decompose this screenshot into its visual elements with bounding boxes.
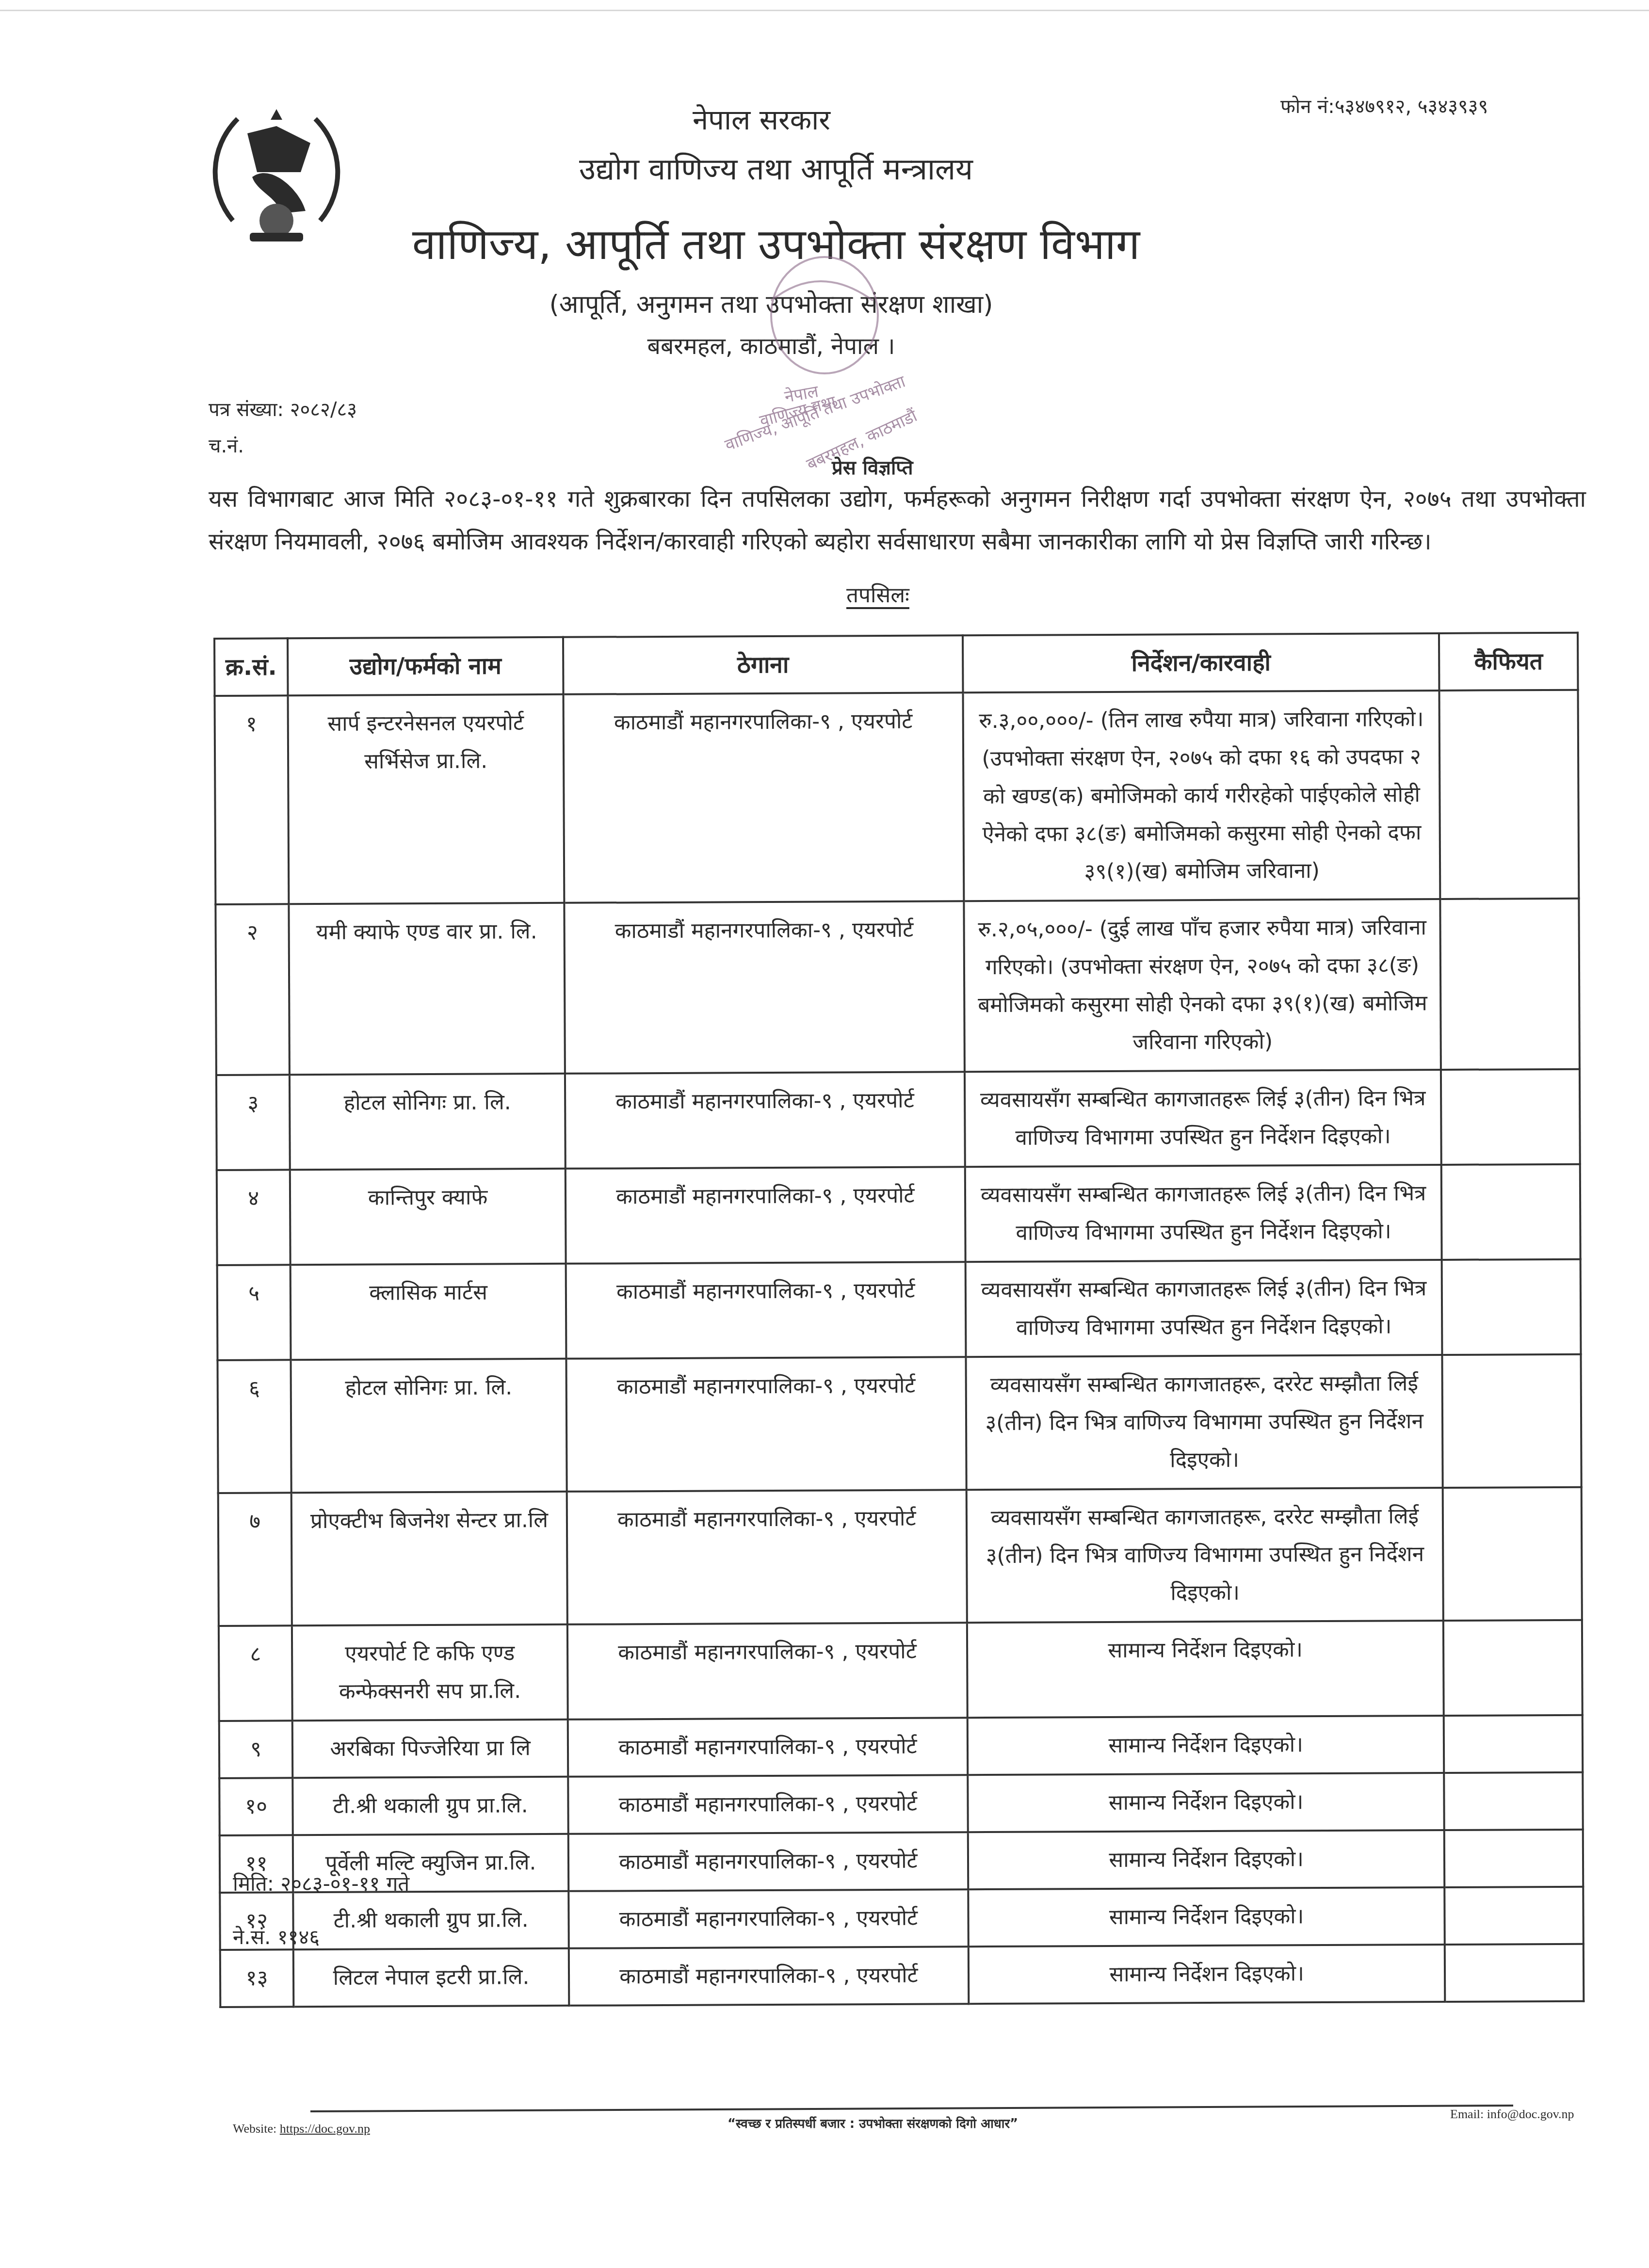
- email-label: Email:: [1450, 2107, 1487, 2121]
- website-link[interactable]: https://doc.gov.np: [280, 2122, 370, 2136]
- cell-serial: ८: [219, 1625, 292, 1721]
- cell-serial: ६: [218, 1360, 291, 1493]
- table-row: ४कान्तिपुर क्याफेकाठमाडौं महानगरपालिका-९…: [217, 1164, 1581, 1265]
- details-heading: तपसिलः: [846, 579, 909, 609]
- cell-firm-name: होटल सोनिगः प्रा. लि.: [290, 1074, 565, 1170]
- cell-action: रु.३,००,०००/- (तिन लाख रुपैया मात्र) जरि…: [963, 691, 1440, 901]
- cell-action: व्यवसायसँग सम्बन्धित कागजातहरू, दररेट सम…: [966, 1355, 1442, 1490]
- cell-remarks: [1444, 1772, 1583, 1830]
- cell-action: व्यवसायसँग सम्बन्धित कागजातहरू लिई ३(तीन…: [965, 1070, 1441, 1167]
- table-row: १२टी.श्री थकाली ग्रुप प्रा.लि.काठमाडौं म…: [220, 1887, 1583, 1950]
- cell-firm-name: यमी क्याफे एण्ड वार प्रा. लि.: [289, 903, 565, 1075]
- table-row: ६होटल सोनिगः प्रा. लि.काठमाडौं महानगरपाल…: [218, 1354, 1582, 1493]
- cell-firm-name: एयरपोर्ट टि कफि एण्ड कन्फेक्सनरी सप प्रा…: [292, 1625, 567, 1721]
- table-row: २यमी क्याफे एण्ड वार प्रा. लि.काठमाडौं म…: [215, 899, 1580, 1075]
- cell-serial: १३: [220, 1949, 294, 2007]
- cell-firm-name: सार्प इन्टरनेसनल एयरपोर्ट सर्भिसेज प्रा.…: [288, 694, 564, 904]
- cell-action: सामान्य निर्देशन दिइएको।: [967, 1621, 1444, 1718]
- cell-remarks: [1442, 1259, 1581, 1355]
- col-address: ठेगाना: [563, 635, 963, 694]
- email-link[interactable]: info@doc.gov.np: [1487, 2107, 1574, 2121]
- ministry-name: उद्योग वाणिज्य तथा आपूर्ति मन्त्रालय: [0, 148, 1600, 189]
- cell-firm-name: क्लासिक मार्टस: [291, 1264, 566, 1360]
- cell-firm-name: होटल सोनिगः प्रा. लि.: [291, 1359, 567, 1493]
- cell-firm-name: टी.श्री थकाली ग्रुप प्रा.लि.: [293, 1891, 569, 1949]
- intro-paragraph: यस विभागबाट आज मिति २०८३-०१-११ गते शुक्र…: [209, 478, 1586, 563]
- cell-remarks: [1441, 1164, 1581, 1260]
- cell-address: काठमाडौं महानगरपालिका-९ , एयरपोर्ट: [566, 1167, 966, 1264]
- col-remarks: कैफियत: [1439, 633, 1578, 691]
- cell-address: काठमाडौं महानगरपालिका-९ , एयरपोर्ट: [568, 1775, 968, 1834]
- col-action: निर्देशन/कारवाही: [963, 633, 1439, 692]
- footer-divider: [310, 2105, 1513, 2112]
- cell-remarks: [1442, 1354, 1582, 1488]
- cell-action: सामान्य निर्देशन दिइएको।: [968, 1716, 1444, 1775]
- cell-address: काठमाडौं महानगरपालिका-९ , एयरपोर्ट: [564, 901, 965, 1074]
- cell-action: सामान्य निर्देशन दिइएको।: [968, 1830, 1445, 1889]
- table-row: ८एयरपोर्ट टि कफि एण्ड कन्फेक्सनरी सप प्र…: [219, 1620, 1583, 1721]
- table-row: ९अरबिका पिज्जेरिया प्रा लिकाठमाडौं महानग…: [219, 1715, 1583, 1778]
- letter-number: पत्र संख्या: २०८२/८३: [209, 395, 357, 422]
- email-line: Email: info@doc.gov.np: [1450, 2107, 1574, 2122]
- dispatch-number: च.नं.: [209, 432, 244, 458]
- cell-serial: ९: [219, 1721, 293, 1778]
- cell-address: काठमाडौं महानगरपालिका-९ , एयरपोर्ट: [566, 1262, 966, 1359]
- cell-address: काठमाडौं महानगरपालिका-९ , एयरपोर्ट: [567, 1623, 968, 1720]
- cell-remarks: [1440, 899, 1580, 1070]
- cell-serial: १०: [219, 1778, 293, 1835]
- cell-remarks: [1445, 1944, 1584, 2002]
- cell-firm-name: अरबिका पिज्जेरिया प्रा लि: [292, 1720, 568, 1778]
- scan-edge-line: [0, 10, 1649, 11]
- table-row: ५क्लासिक मार्टसकाठमाडौं महानगरपालिका-९ ,…: [217, 1259, 1581, 1360]
- cell-action: सामान्य निर्देशन दिइएको।: [969, 1945, 1445, 2004]
- inspection-table: क्र.सं. उद्योग/फर्मको नाम ठेगाना निर्देश…: [213, 632, 1584, 2008]
- cell-firm-name: टी.श्री थकाली ग्रुप प्रा.लि.: [293, 1777, 568, 1835]
- cell-firm-name: प्रोएक्टीभ बिजनेश सेन्टर प्रा.लि: [291, 1492, 567, 1625]
- cell-action: रु.२,०५,०००/- (दुई लाख पाँच हजार रुपैया …: [964, 899, 1441, 1072]
- cell-address: काठमाडौं महानगरपालिका-९ , एयरपोर्ट: [568, 1889, 969, 1948]
- cell-firm-name: कान्तिपुर क्याफे: [290, 1169, 566, 1265]
- cell-address: काठमाडौं महानगरपालिका-९ , एयरपोर्ट: [565, 1072, 965, 1169]
- table-row: १०टी.श्री थकाली ग्रुप प्रा.लि.काठमाडौं म…: [219, 1772, 1583, 1835]
- cell-serial: ३: [216, 1075, 290, 1170]
- cell-firm-name: लिटल नेपाल इटरी प्रा.लि.: [293, 1948, 569, 2007]
- col-firm-name: उद्योग/फर्मको नाम: [288, 637, 563, 695]
- website-line: Website: https://doc.gov.np: [233, 2122, 370, 2136]
- cell-remarks: [1444, 1715, 1583, 1773]
- cell-remarks: [1441, 1069, 1580, 1165]
- table-row: १३लिटल नेपाल इटरी प्रा.लि.काठमाडौं महानग…: [220, 1944, 1584, 2007]
- cell-action: व्यवसायसँग सम्बन्धित कागजातहरू, दररेट सम…: [967, 1488, 1443, 1623]
- cell-remarks: [1444, 1830, 1583, 1887]
- cell-serial: ४: [217, 1170, 291, 1265]
- cell-address: काठमाडौं महानगरपालिका-९ , एयरपोर्ट: [563, 692, 964, 903]
- website-label: Website:: [233, 2122, 280, 2136]
- cell-address: काठमाडौं महानगरपालिका-९ , एयरपोर्ट: [568, 1832, 969, 1891]
- cell-action: व्यवसायसँग सम्बन्धित कागजातहरू लिई ३(तीन…: [965, 1165, 1442, 1262]
- cell-remarks: [1444, 1887, 1583, 1945]
- cell-action: सामान्य निर्देशन दिइएको।: [968, 1773, 1444, 1832]
- cell-action: सामान्य निर्देशन दिइएको।: [968, 1887, 1445, 1946]
- cell-address: काठमाडौं महानगरपालिका-९ , एयरपोर्ट: [567, 1490, 967, 1625]
- cell-remarks: [1443, 1487, 1582, 1621]
- cell-address: काठमाडौं महानगरपालिका-९ , एयरपोर्ट: [568, 1718, 968, 1777]
- cell-action: व्यवसायसँग सम्बन्धित कागजातहरू लिई ३(तीन…: [966, 1260, 1442, 1357]
- table-header-row: क्र.सं. उद्योग/फर्मको नाम ठेगाना निर्देश…: [214, 633, 1578, 696]
- cell-address: काठमाडौं महानगरपालिका-९ , एयरपोर्ट: [569, 1946, 969, 2006]
- table-row: ७प्रोएक्टीभ बिजनेश सेन्टर प्रा.लिकाठमाडौ…: [218, 1487, 1582, 1626]
- table-row: ३होटल सोनिगः प्रा. लि.काठमाडौं महानगरपाल…: [216, 1069, 1580, 1170]
- col-serial: क्र.सं.: [214, 638, 288, 696]
- press-release-title: प्रेस विज्ञप्ति: [832, 453, 913, 480]
- nepal-sambat-year: ने.सं. ११४६: [233, 1923, 320, 1950]
- official-stamp-icon: नेपाल वाणिज्य तथा वाणिज्य, आपूर्ति तथा उ…: [698, 242, 970, 475]
- cell-address: काठमाडौं महानगरपालिका-९ , एयरपोर्ट: [566, 1357, 966, 1492]
- cell-serial: १: [215, 695, 289, 904]
- cell-serial: २: [215, 904, 290, 1075]
- government-name: नेपाल सरकार: [0, 99, 1586, 138]
- slogan: “स्वच्छ र प्रतिस्पर्धी बजार : उपभोक्ता स…: [727, 2114, 1018, 2132]
- cell-remarks: [1439, 690, 1579, 899]
- cell-serial: ७: [218, 1493, 292, 1626]
- table-row: ११पूर्वेली मल्टि क्युजिन प्रा.लि.काठमाडौ…: [220, 1830, 1583, 1893]
- cell-remarks: [1443, 1620, 1583, 1716]
- table-row: १सार्प इन्टरनेसनल एयरपोर्ट सर्भिसेज प्रा…: [215, 690, 1579, 904]
- issue-date: मिति: २०८३-०१-११ गते: [233, 1869, 409, 1897]
- cell-serial: ५: [217, 1265, 291, 1360]
